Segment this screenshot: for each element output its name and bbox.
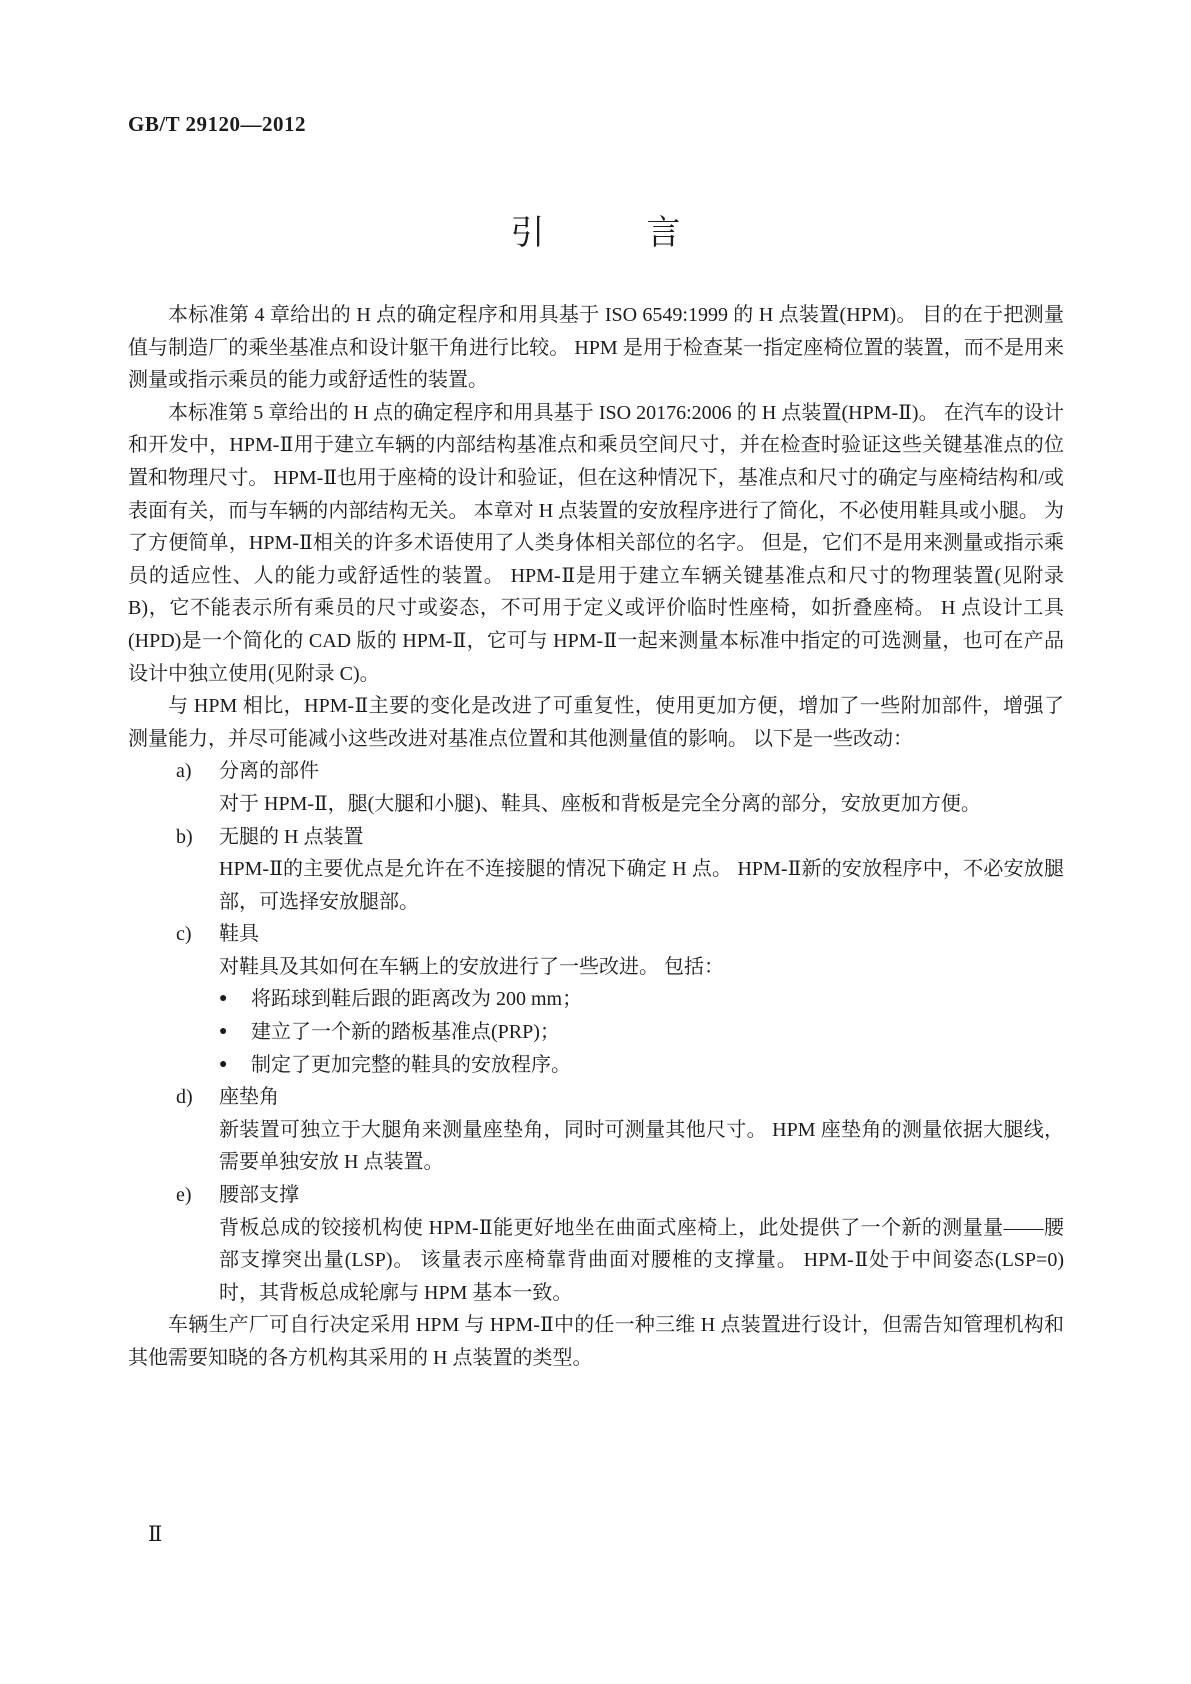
list-item: a)分离的部件对于 HPM-Ⅱ，腿(大腿和小腿)、鞋具、座板和背板是完全分离的部… (128, 755, 1064, 820)
page-number: Ⅱ (148, 1522, 162, 1547)
list-item-title: 无腿的 H 点装置 (219, 821, 1064, 854)
list-item-title: 鞋具 (219, 918, 1064, 951)
page-title: 引 言 (0, 205, 1191, 254)
list-item-body: 对于 HPM-Ⅱ，腿(大腿和小腿)、鞋具、座板和背板是完全分离的部分，安放更加方… (219, 788, 1064, 821)
list-item-body: 背板总成的铰接机构使 HPM-Ⅱ能更好地坐在曲面式座椅上，此处提供了一个新的测量… (219, 1212, 1064, 1310)
bullet-item: ●建立了一个新的踏板基准点(PRP)； (219, 1016, 1064, 1049)
list-item-content: 鞋具对鞋具及其如何在车辆上的安放进行了一些改进。 包括：●将跖球到鞋后跟的距离改… (219, 918, 1064, 1081)
paragraph: 车辆生产厂可自行决定采用 HPM 与 HPM-Ⅱ中的任一种三维 H 点装置进行设… (128, 1309, 1064, 1374)
list-item: c)鞋具对鞋具及其如何在车辆上的安放进行了一些改进。 包括：●将跖球到鞋后跟的距… (128, 918, 1064, 1081)
bullet-text: 建立了一个新的踏板基准点(PRP)； (251, 1016, 1064, 1049)
paragraph: 本标准第 5 章给出的 H 点的确定程序和用具基于 ISO 20176:2006… (128, 397, 1064, 690)
list-item-marker: a) (176, 755, 219, 820)
bullet-icon: ● (219, 1049, 251, 1082)
list-item-content: 分离的部件对于 HPM-Ⅱ，腿(大腿和小腿)、鞋具、座板和背板是完全分离的部分，… (219, 755, 1064, 820)
list-item-content: 无腿的 H 点装置HPM-Ⅱ的主要优点是允许在不连接腿的情况下确定 H 点。 H… (219, 821, 1064, 919)
list-item: b)无腿的 H 点装置HPM-Ⅱ的主要优点是允许在不连接腿的情况下确定 H 点。… (128, 821, 1064, 919)
list-item-marker: c) (176, 918, 219, 1081)
bullet-text: 将跖球到鞋后跟的距离改为 200 mm； (251, 983, 1064, 1016)
document-page: GB/T 29120—2012 引 言 本标准第 4 章给出的 H 点的确定程序… (0, 0, 1191, 1684)
document-code: GB/T 29120—2012 (128, 112, 306, 137)
document-body: 本标准第 4 章给出的 H 点的确定程序和用具基于 ISO 6549:1999 … (128, 299, 1064, 1375)
paragraph: 本标准第 4 章给出的 H 点的确定程序和用具基于 ISO 6549:1999 … (128, 299, 1064, 397)
list-item-body: 新装置可独立于大腿角来测量座垫角，同时可测量其他尺寸。 HPM 座垫角的测量依据… (219, 1114, 1064, 1179)
list-item-content: 座垫角新装置可独立于大腿角来测量座垫角，同时可测量其他尺寸。 HPM 座垫角的测… (219, 1081, 1064, 1179)
list-item: e)腰部支撑背板总成的铰接机构使 HPM-Ⅱ能更好地坐在曲面式座椅上，此处提供了… (128, 1179, 1064, 1309)
bullet-text: 制定了更加完整的鞋具的安放程序。 (251, 1049, 1064, 1082)
list-item-title: 分离的部件 (219, 755, 1064, 788)
list-item-content: 腰部支撑背板总成的铰接机构使 HPM-Ⅱ能更好地坐在曲面式座椅上，此处提供了一个… (219, 1179, 1064, 1309)
list-item-marker: e) (176, 1179, 219, 1309)
bullet-item: ●制定了更加完整的鞋具的安放程序。 (219, 1049, 1064, 1082)
list-item-title: 座垫角 (219, 1081, 1064, 1114)
list-item-marker: b) (176, 821, 219, 919)
list-item-body: 对鞋具及其如何在车辆上的安放进行了一些改进。 包括： (219, 951, 1064, 984)
paragraph: 与 HPM 相比，HPM-Ⅱ主要的变化是改进了可重复性，使用更加方便，增加了一些… (128, 690, 1064, 755)
list-item-marker: d) (176, 1081, 219, 1179)
bullet-item: ●将跖球到鞋后跟的距离改为 200 mm； (219, 983, 1064, 1016)
bullet-icon: ● (219, 1016, 251, 1049)
bullet-icon: ● (219, 983, 251, 1016)
list-item-title: 腰部支撑 (219, 1179, 1064, 1212)
list-item: d)座垫角新装置可独立于大腿角来测量座垫角，同时可测量其他尺寸。 HPM 座垫角… (128, 1081, 1064, 1179)
list-item-body: HPM-Ⅱ的主要优点是允许在不连接腿的情况下确定 H 点。 HPM-Ⅱ新的安放程… (219, 853, 1064, 918)
